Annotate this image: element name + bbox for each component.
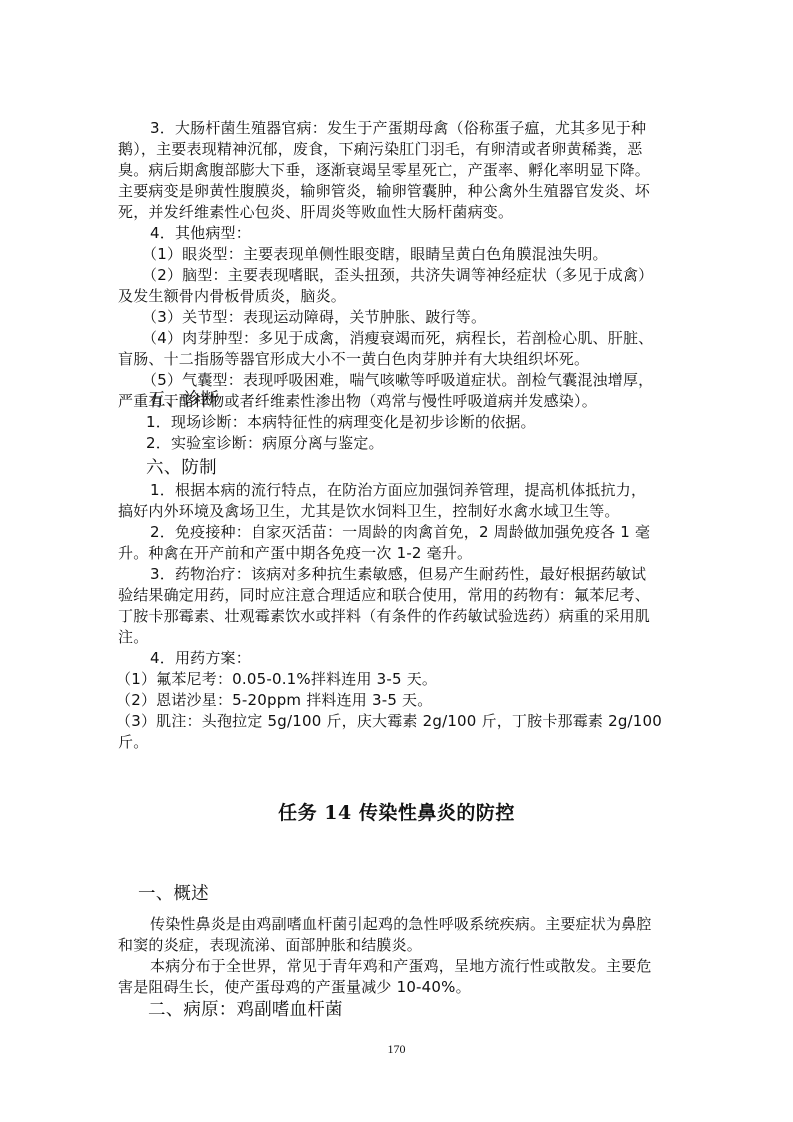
paragraph-line: （1）眼炎型：主要表现单侧性眼变瞎，眼睛呈黄白色角膜混浊失明。 <box>142 244 608 265</box>
paragraph-line: 鹅），主要表现精神沉郁，废食，下痢污染肛门羽毛，有卵清或者卵黄稀粪，恶 <box>118 139 643 160</box>
list-item: （2）恩诺沙星：5-20ppm 拌料连用 3-5 天。 <box>116 690 432 711</box>
list-item: 1．现场诊断：本病特征性的病理变化是初步诊断的依据。 <box>146 412 536 433</box>
paragraph-line: 1．根据本病的流行特点，在防治方面应加强饲养管理，提高机体抵抗力， <box>150 480 646 501</box>
paragraph-line: 验结果确定用药，同时应注意合理适应和联合使用，常用的药物有：氟苯尼考、 <box>118 585 650 606</box>
paragraph-line: 注。 <box>118 627 148 648</box>
page-number: 170 <box>0 1042 793 1057</box>
paragraph-line: 传染性鼻炎是由鸡副嗜血杆菌引起鸡的急性呼吸系统疾病。主要症状为鼻腔 <box>150 914 652 935</box>
paragraph-line: 主要病变是卵黄性腹膜炎，输卵管炎，输卵管囊肿，种公禽外生殖器官发炎、坏 <box>118 181 650 202</box>
document-page: 3．大肠杆菌生殖器官病：发生于产蛋期母禽（俗称蛋子瘟，尤其多见于种 鹅），主要表… <box>0 0 793 1122</box>
paragraph-line: 盲肠、十二指肠等器官形成大小不一黄白色肉芽肿并有大块组织坏死。 <box>118 349 589 370</box>
paragraph-line: 和窦的炎症，表现流涕、面部肿胀和结膜炎。 <box>118 935 422 956</box>
section-heading-overview: 一、概述 <box>138 882 209 906</box>
paragraph-line: （3）关节型：表现运动障碍，关节肿胀、跛行等。 <box>142 307 486 328</box>
task-title: 任务 14 传染性鼻炎的防控 <box>0 800 793 826</box>
section-heading-pathogen: 二、病原：鸡副嗜血杆菌 <box>148 998 343 1022</box>
paragraph-line: 臭。病后期禽腹部膨大下垂，逐渐衰竭呈零星死亡，产蛋率、孵化率明显下降。 <box>118 160 650 181</box>
paragraph-line: 4．其他病型： <box>150 223 251 244</box>
paragraph-line: 2．免疫接种：自家灭活苗：一周龄的肉禽首免，2 周龄做加强免疫各 1 毫 <box>150 522 650 543</box>
paragraph-line: 害是阻碍生长，使产蛋母鸡的产蛋量减少 10-40%。 <box>118 977 471 998</box>
paragraph-line: 本病分布于全世界，常见于青年鸡和产蛋鸡，呈地方流行性或散发。主要危 <box>150 956 652 977</box>
section-heading-prevention: 六、防制 <box>146 456 217 480</box>
paragraph-line: 4．用药方案： <box>150 648 251 669</box>
list-item: 2．实验室诊断：病原分离与鉴定。 <box>146 433 384 454</box>
section-heading-diagnosis: 五、诊断 <box>148 388 219 412</box>
paragraph-line: 丁胺卡那霉素、壮观霉素饮水或拌料（有条件的作药敏试验选药）病重的采用肌 <box>118 606 650 627</box>
paragraph-line: （2）脑型：主要表现嗜眠，歪头扭颈，共济失调等神经症状（多见于成禽） <box>142 265 653 286</box>
paragraph-line: 斤。 <box>118 732 148 753</box>
paragraph-line: 搞好内外环境及禽场卫生，尤其是饮水饲料卫生，控制好水禽水域卫生等。 <box>118 501 620 522</box>
paragraph-line: 及发生额骨内骨板骨质炎，脑炎。 <box>118 286 346 307</box>
paragraph-line: 死，并发纤维素性心包炎、肝周炎等败血性大肠杆菌病变。 <box>118 202 513 223</box>
paragraph-line: 3．大肠杆菌生殖器官病：发生于产蛋期母禽（俗称蛋子瘟，尤其多见于种 <box>150 118 646 139</box>
list-item: （3）肌注：头孢拉定 5g/100 斤，庆大霉素 2g/100 斤，丁胺卡那霉素… <box>116 711 662 732</box>
paragraph-line: 升。种禽在开产前和产蛋中期各免疫一次 1-2 毫升。 <box>118 543 472 564</box>
paragraph-line: （4）肉芽肿型：多见于成禽，消瘦衰竭而死，病程长，若剖检心肌、肝脏、 <box>142 328 653 349</box>
paragraph-line: 3．药物治疗：该病对多种抗生素敏感，但易产生耐药性，最好根据药敏试 <box>150 564 646 585</box>
list-item: （1）氟苯尼考：0.05-0.1%拌料连用 3-5 天。 <box>116 669 437 690</box>
